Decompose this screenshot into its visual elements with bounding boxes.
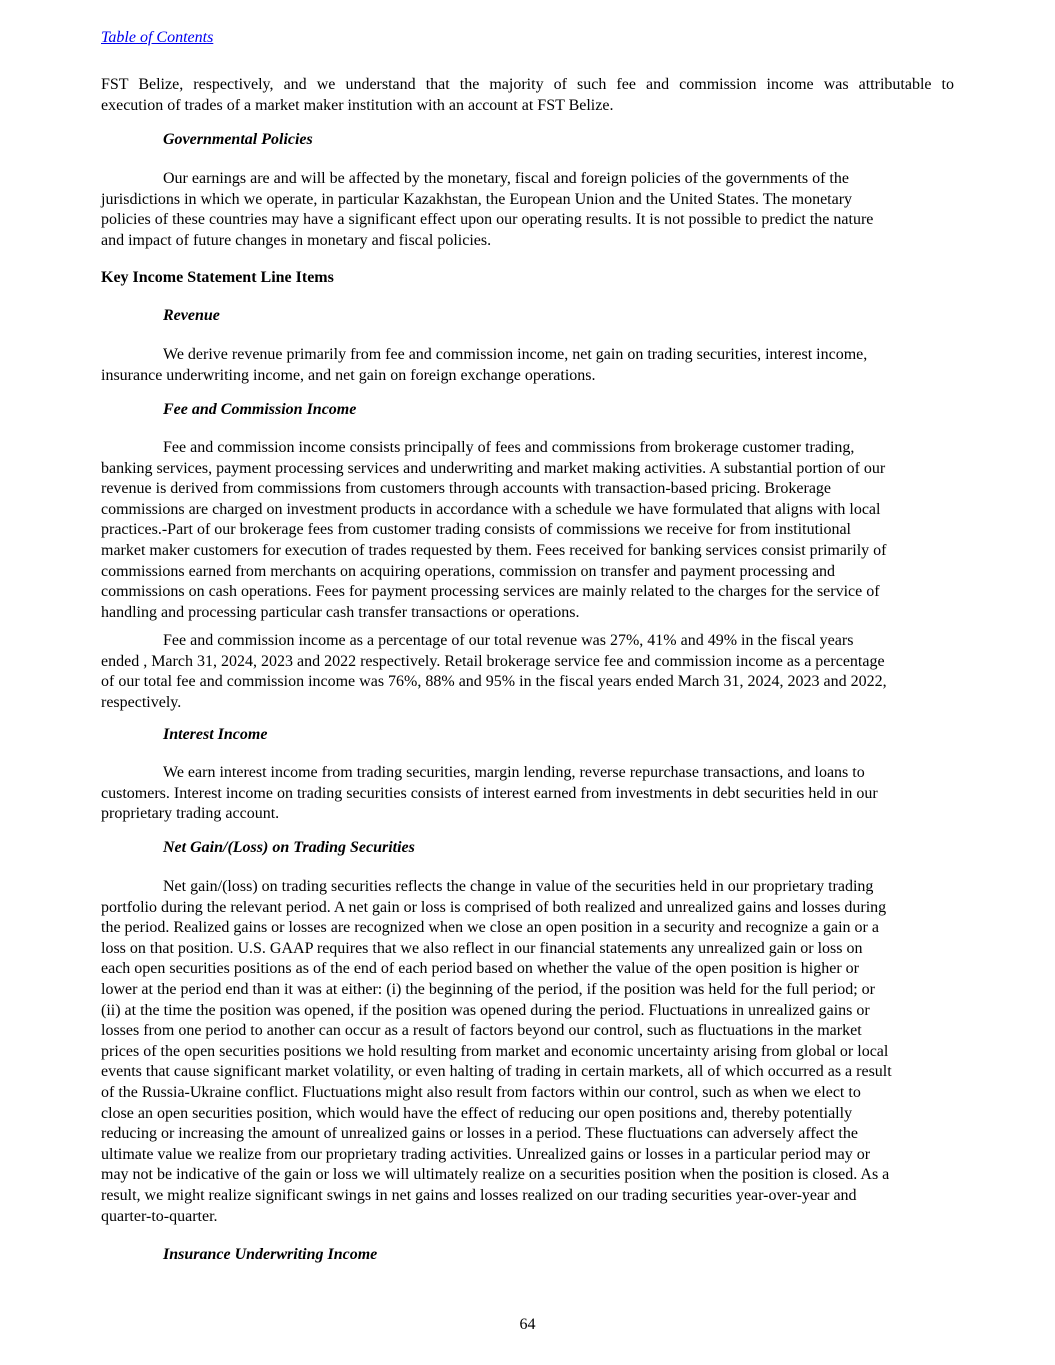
paragraph-line: commissions are charged on investment pr… [101, 500, 954, 521]
paragraph-line: practices.-Part of our brokerage fees fr… [101, 520, 954, 541]
paragraph-line: revenue is derived from commissions from… [101, 479, 954, 500]
paragraph-line: result, we might realize significant swi… [101, 1186, 954, 1207]
paragraph-line: and impact of future changes in monetary… [101, 231, 954, 252]
fee-commission-heading: Fee and Commission Income [163, 400, 356, 420]
paragraph-line: quarter-to-quarter. [101, 1207, 954, 1228]
paragraph-line: Net gain/(loss) on trading securities re… [101, 877, 954, 898]
paragraph-line: jurisdictions in which we operate, in pa… [101, 190, 954, 211]
paragraph-line: commissions on cash operations. Fees for… [101, 582, 954, 603]
intro-paragraph: FST Belize, respectively, and we underst… [101, 75, 954, 116]
paragraph-line: ultimate value we realize from our propr… [101, 1145, 954, 1166]
paragraph-line: losses from one period to another can oc… [101, 1021, 954, 1042]
paragraph-line: reducing or increasing the amount of unr… [101, 1124, 954, 1145]
paragraph-line: market maker customers for execution of … [101, 541, 954, 562]
page-number: 64 [0, 1315, 1055, 1335]
paragraph-line: portfolio during the relevant period. A … [101, 898, 954, 919]
net-gain-heading: Net Gain/(Loss) on Trading Securities [163, 838, 415, 858]
paragraph-line: We derive revenue primarily from fee and… [101, 345, 954, 366]
interest-income-paragraph: We earn interest income from trading sec… [101, 763, 954, 825]
paragraph-line: respectively. [101, 693, 954, 714]
paragraph-line: lower at the period end than it was at e… [101, 980, 954, 1001]
revenue-paragraph: We derive revenue primarily from fee and… [101, 345, 954, 386]
paragraph-line: prices of the open securities positions … [101, 1042, 954, 1063]
fee-commission-paragraph-1: Fee and commission income consists princ… [101, 438, 954, 623]
paragraph-line: execution of trades of a market maker in… [101, 96, 954, 117]
paragraph-line: commissions earned from merchants on acq… [101, 562, 954, 583]
paragraph-line: may not be indicative of the gain or los… [101, 1165, 954, 1186]
paragraph-line: proprietary trading account. [101, 804, 954, 825]
paragraph-line: We earn interest income from trading sec… [101, 763, 954, 784]
paragraph-line: Fee and commission income as a percentag… [101, 631, 954, 652]
paragraph-line: the period. Realized gains or losses are… [101, 918, 954, 939]
governmental-policies-paragraph: Our earnings are and will be affected by… [101, 169, 954, 251]
revenue-heading: Revenue [163, 306, 220, 326]
paragraph-line: Fee and commission income consists princ… [101, 438, 954, 459]
paragraph-line: banking services, payment processing ser… [101, 459, 954, 480]
paragraph-line: policies of these countries may have a s… [101, 210, 954, 231]
interest-income-heading: Interest Income [163, 725, 267, 745]
paragraph-line: of our total fee and commission income w… [101, 672, 954, 693]
paragraph-line: close an open securities position, which… [101, 1104, 954, 1125]
net-gain-paragraph: Net gain/(loss) on trading securities re… [101, 877, 954, 1227]
table-of-contents-link[interactable]: Table of Contents [101, 28, 213, 48]
paragraph-line: customers. Interest income on trading se… [101, 784, 954, 805]
paragraph-line: handling and processing particular cash … [101, 603, 954, 624]
paragraph-line: loss on that position. U.S. GAAP require… [101, 939, 954, 960]
key-income-statement-heading: Key Income Statement Line Items [101, 268, 334, 288]
paragraph-line: insurance underwriting income, and net g… [101, 366, 954, 387]
insurance-underwriting-heading: Insurance Underwriting Income [163, 1245, 377, 1265]
fee-commission-paragraph-2: Fee and commission income as a percentag… [101, 631, 954, 713]
paragraph-line: (ii) at the time the position was opened… [101, 1001, 954, 1022]
paragraph-line: of the Russia-Ukraine conflict. Fluctuat… [101, 1083, 954, 1104]
paragraph-line: ended , March 31, 2024, 2023 and 2022 re… [101, 652, 954, 673]
paragraph-line: events that cause significant market vol… [101, 1062, 954, 1083]
paragraph-line: FST Belize, respectively, and we underst… [101, 75, 954, 96]
paragraph-line: each open securities positions as of the… [101, 959, 954, 980]
governmental-policies-heading: Governmental Policies [163, 130, 313, 150]
paragraph-line: Our earnings are and will be affected by… [101, 169, 954, 190]
